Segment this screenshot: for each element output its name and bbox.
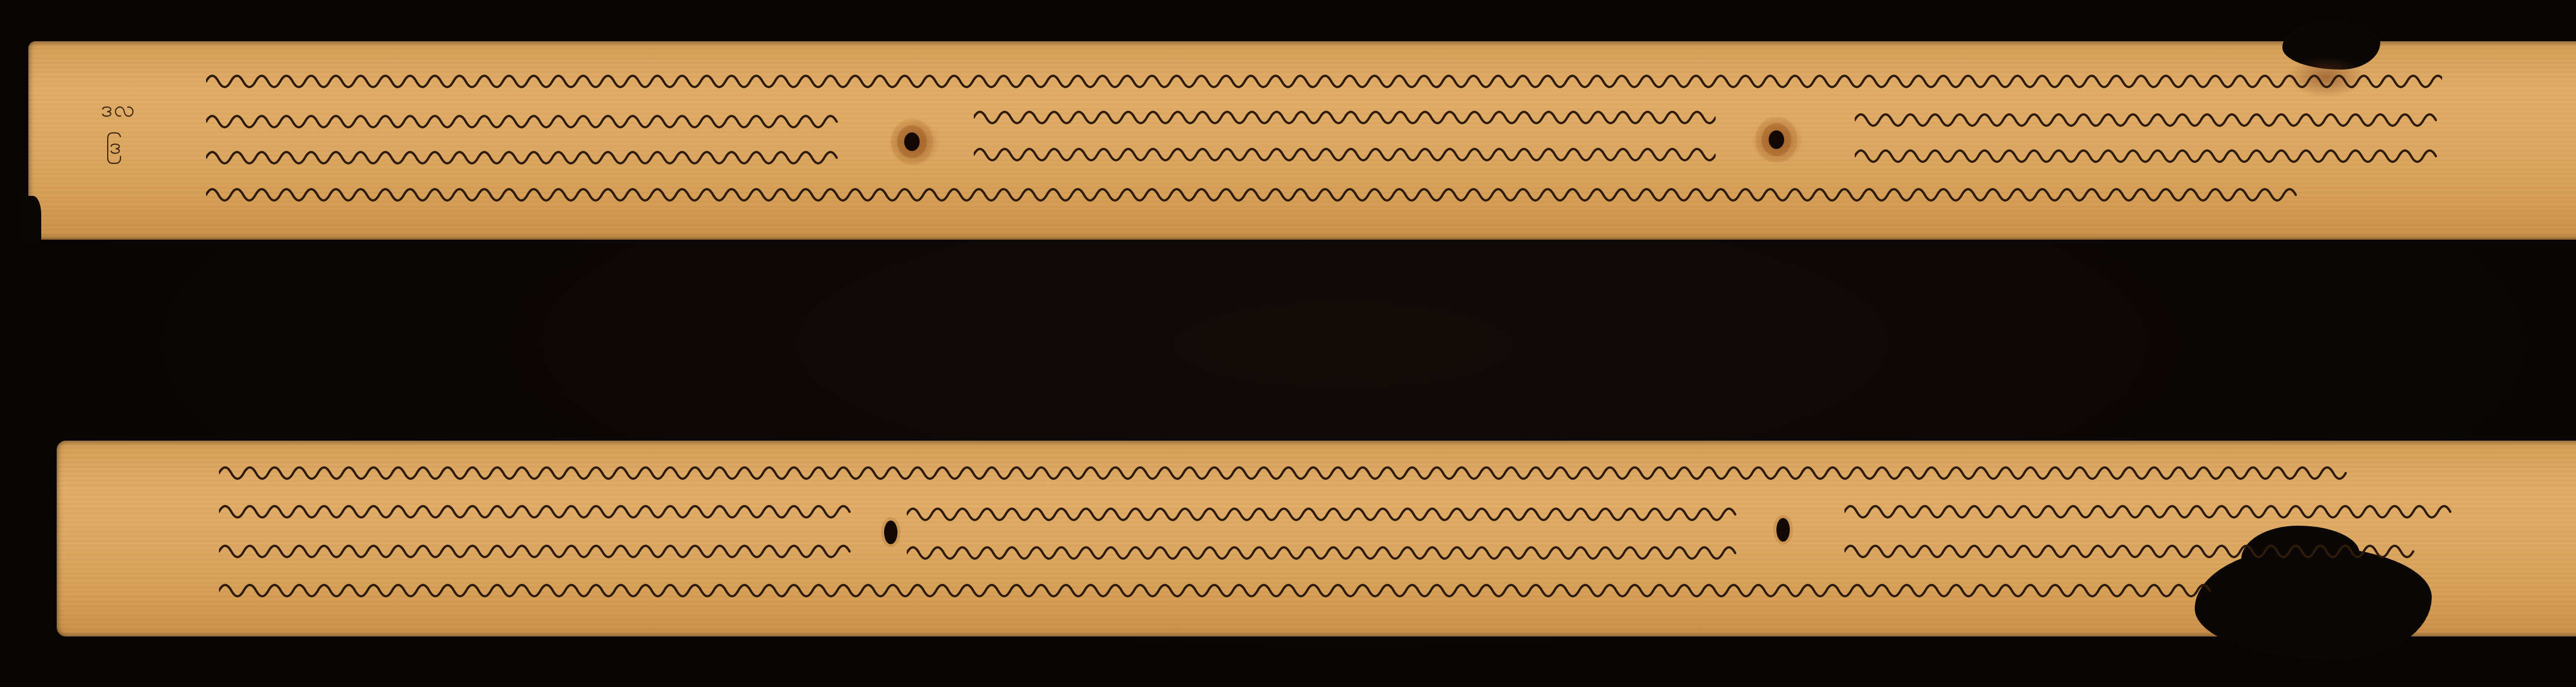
text-line: Line 2 – text in three segments separate… xyxy=(219,492,858,528)
string-hole-top-right xyxy=(1769,130,1784,149)
string-hole-bottom-right xyxy=(1776,518,1790,542)
text-line xyxy=(907,495,1741,531)
text-line: Line 1 – full-width handwritten text xyxy=(206,61,2442,97)
folio-marker-line2: ဒြ xyxy=(106,135,122,158)
text-line xyxy=(1844,532,2416,568)
text-line xyxy=(974,135,1716,171)
text-line xyxy=(1855,137,2447,173)
text-line: Line 4 – full-width handwritten text xyxy=(206,175,2437,211)
text-line: Line 2 – text in three segments separate… xyxy=(206,102,845,138)
text-line xyxy=(1844,492,2452,528)
text-line: Line 3 – text in three segments separate… xyxy=(219,532,858,568)
string-hole-bottom-left xyxy=(884,521,897,544)
text-line: Line 4 – full-width handwritten text (pa… xyxy=(219,571,2218,607)
text-line xyxy=(907,533,1741,569)
leaf-edge-wear xyxy=(21,196,41,242)
string-hole-top-left xyxy=(904,132,920,151)
text-line xyxy=(1855,100,2447,137)
folio-marker-line1: ဒလ xyxy=(101,98,136,121)
text-line: Line 1 – full-width handwritten text xyxy=(219,454,2450,490)
text-line: Line 3 – text in three segments separate… xyxy=(206,138,845,174)
text-line xyxy=(974,98,1716,134)
